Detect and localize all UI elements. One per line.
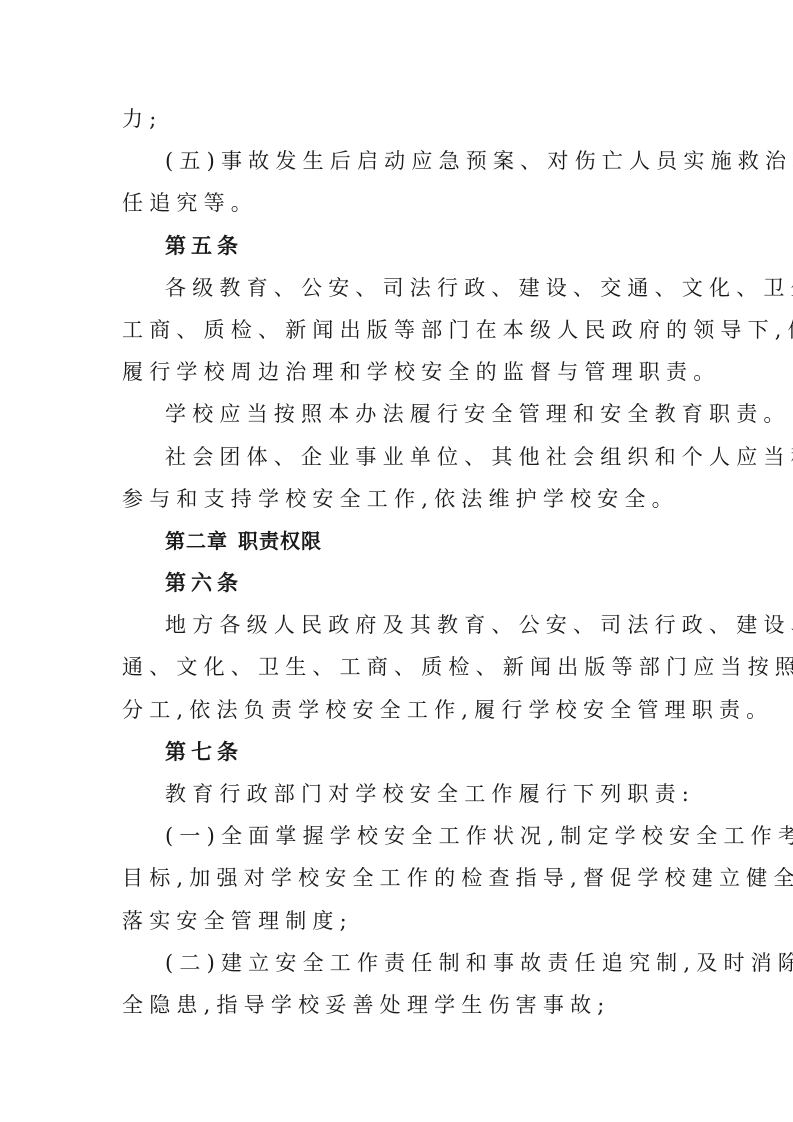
list-item-1-continuation: 目标,加强对学校安全工作的检查指导,督促学校建立健全并 bbox=[122, 857, 694, 899]
paragraph-continuation: 力; bbox=[122, 98, 694, 140]
paragraph-line: 通、文化、卫生、工商、质检、新闻出版等部门应当按照职责 bbox=[122, 646, 694, 688]
paragraph-line: 各级教育、公安、司法行政、建设、交通、文化、卫生、 bbox=[122, 267, 694, 309]
list-item-2-continuation: 全隐患,指导学校妥善处理学生伤害事故; bbox=[122, 984, 694, 1026]
chapter-number: 第二章 bbox=[165, 529, 228, 553]
list-item-1-continuation: 落实安全管理制度; bbox=[122, 900, 694, 942]
article-heading-6: 第六条 bbox=[122, 562, 694, 604]
paragraph-line: 工商、质检、新闻出版等部门在本级人民政府的领导下,依法 bbox=[122, 309, 694, 351]
paragraph-line: 参与和支持学校安全工作,依法维护学校安全。 bbox=[122, 478, 694, 520]
paragraph-line: 教育行政部门对学校安全工作履行下列职责: bbox=[122, 773, 694, 815]
list-item-1: (一)全面掌握学校安全工作状况,制定学校安全工作考核 bbox=[122, 815, 694, 857]
list-item-2: (二)建立安全工作责任制和事故责任追究制,及时消除安 bbox=[122, 942, 694, 984]
list-item-5: (五)事故发生后启动应急预案、对伤亡人员实施救治和责 bbox=[122, 140, 694, 182]
chapter-title: 职责权限 bbox=[238, 529, 322, 553]
article-heading-7: 第七条 bbox=[122, 731, 694, 773]
paragraph-line: 履行学校周边治理和学校安全的监督与管理职责。 bbox=[122, 351, 694, 393]
document-page: 力; (五)事故发生后启动应急预案、对伤亡人员实施救治和责 任追究等。 第五条 … bbox=[122, 98, 694, 1026]
chapter-heading: 第二章职责权限 bbox=[122, 520, 694, 562]
paragraph-line: 分工,依法负责学校安全工作,履行学校安全管理职责。 bbox=[122, 689, 694, 731]
paragraph-line: 社会团体、企业事业单位、其他社会组织和个人应当积极 bbox=[122, 436, 694, 478]
list-item-5-continuation: 任追究等。 bbox=[122, 182, 694, 224]
paragraph-line: 学校应当按照本办法履行安全管理和安全教育职责。 bbox=[122, 393, 694, 435]
paragraph-line: 地方各级人民政府及其教育、公安、司法行政、建设、交 bbox=[122, 604, 694, 646]
article-heading-5: 第五条 bbox=[122, 225, 694, 267]
